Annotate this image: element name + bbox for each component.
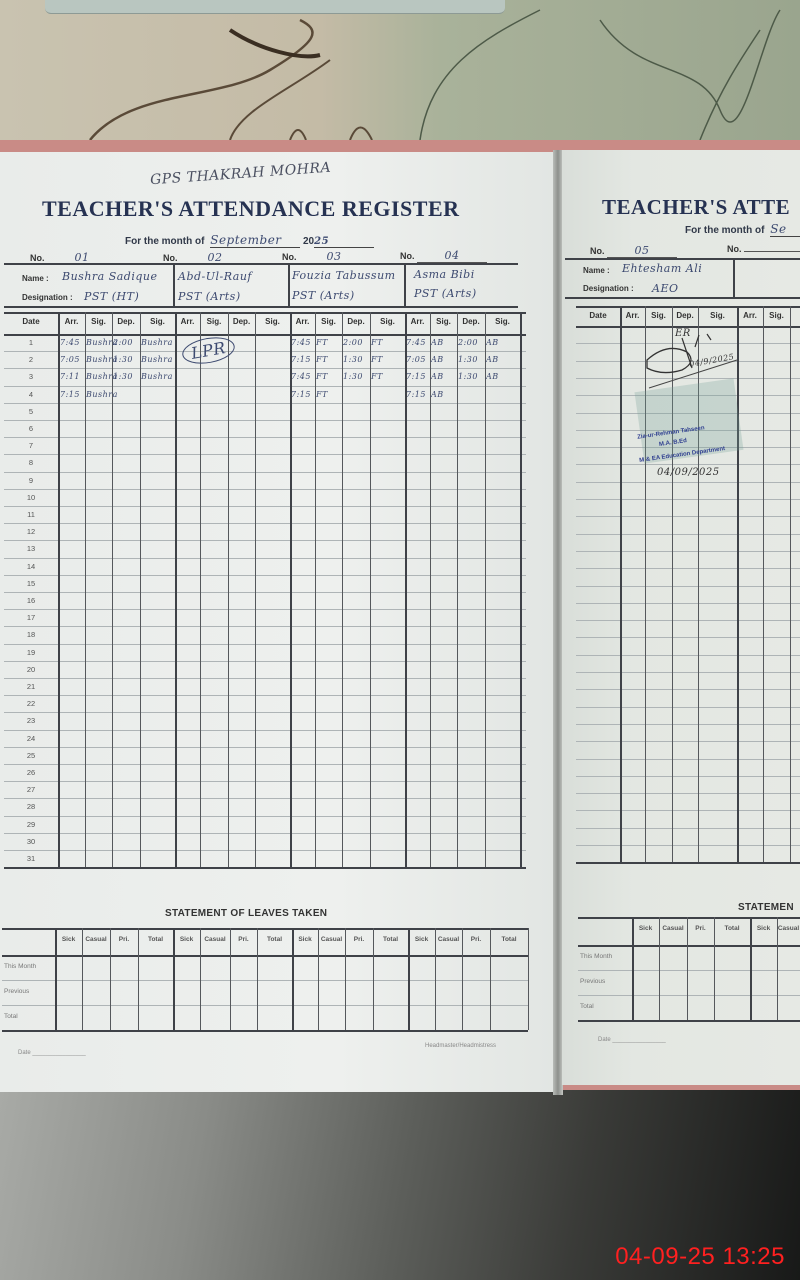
- date-number: 11: [16, 510, 46, 519]
- leaves-column-header: Total: [373, 936, 408, 943]
- leaves-column-rule: [82, 928, 83, 1030]
- teacher-5-name: Ehtesham Ali: [622, 262, 702, 275]
- leaves-column-header: Sick: [750, 925, 777, 932]
- teacher-4-arr-day-2: 7:05: [406, 355, 426, 364]
- date-label-right: Date ________________: [598, 1037, 666, 1043]
- leaves-column-header: Pri.: [230, 936, 257, 943]
- row-rule: [4, 626, 526, 627]
- teacher-3-dep-day-2: 1:30: [343, 355, 363, 364]
- leaves-column-rule: [435, 928, 436, 1030]
- row-rule: [4, 678, 526, 679]
- month-line: For the month of September 2025: [125, 233, 374, 248]
- teacher-3-sig2-day-3: FT: [371, 372, 383, 381]
- teacher-3-name: Fouzia Tabussum: [292, 269, 396, 282]
- column-header: Dep.: [228, 317, 255, 326]
- leaves-column-header: Pri.: [462, 936, 490, 943]
- month-label: For the month of: [125, 236, 204, 247]
- teacher-4-dep-day-1: 2:00: [458, 338, 478, 347]
- teacher-3-arr-day-3: 7:45: [291, 372, 311, 381]
- teacher-3-no: No. 03: [282, 250, 369, 264]
- leaves-row-label: This Month: [580, 953, 612, 960]
- row-rule: [576, 603, 800, 604]
- row-rule: [576, 568, 800, 569]
- column-header: Sig.: [645, 311, 672, 320]
- teacher-3-sig-day-2: FT: [316, 355, 328, 364]
- teacher-divider: [288, 263, 290, 306]
- visit-date-2: 04/09/2025: [657, 467, 720, 478]
- teacher-1-dep-day-2: 1:30: [113, 355, 133, 364]
- teacher-3-sig-day-3: FT: [316, 372, 328, 381]
- date-label: Date ________________: [18, 1050, 86, 1056]
- teacher-3-arr-day-2: 7:15: [291, 355, 311, 364]
- leaves-column-rule: [55, 928, 57, 1030]
- fabric-background: [0, 0, 800, 150]
- leaves-top-rule: [2, 928, 528, 930]
- teacher-1-designation: PST (HT): [84, 290, 139, 303]
- row-rule: [4, 764, 526, 765]
- leaves-column-header: Pri.: [687, 925, 714, 932]
- date-number: 9: [16, 476, 46, 485]
- row-rule: [576, 534, 800, 535]
- date-column-header: Date: [576, 311, 620, 320]
- teacher-4-sig2-day-2: AB: [486, 355, 499, 364]
- column-header: Arr.: [620, 311, 645, 320]
- column-header: Dep.: [672, 311, 698, 320]
- row-rule: [4, 368, 526, 369]
- leaves-row-label: Total: [4, 1013, 18, 1020]
- row-rule: [4, 661, 526, 662]
- date-number: 5: [16, 407, 46, 416]
- date-number: 21: [16, 682, 46, 691]
- column-header: Sig.: [315, 317, 342, 326]
- teacher-1-arr-day-2: 7:05: [60, 355, 80, 364]
- column-rule: [370, 312, 371, 867]
- teacher-1-dep-day-3: 1:30: [113, 372, 133, 381]
- leaves-column-rule: [659, 917, 660, 1020]
- teacher-4-designation: PST (Arts): [414, 287, 477, 300]
- date-number: 7: [16, 441, 46, 450]
- leaves-row-label: Previous: [4, 988, 29, 995]
- date-number: 27: [16, 785, 46, 794]
- column-rule: [620, 306, 622, 862]
- row-rule: [4, 558, 526, 559]
- row-rule: [576, 828, 800, 829]
- date-number: 29: [16, 820, 46, 829]
- column-header: Sig.: [200, 317, 228, 326]
- photo-timestamp: 04-09-25 13:25: [615, 1243, 785, 1271]
- year-value: 25: [314, 236, 374, 248]
- column-rule: [790, 306, 791, 862]
- leaves-row-rule: [2, 980, 528, 981]
- teacher-divider: [173, 263, 175, 306]
- column-header: Dep.: [342, 317, 370, 326]
- leaves-column-header: Casual: [82, 936, 110, 943]
- column-rule: [228, 312, 229, 867]
- year-prefix: 20: [303, 236, 314, 247]
- column-rule: [520, 312, 522, 867]
- leaves-column-header: Sick: [55, 936, 82, 943]
- date-number: 4: [16, 390, 46, 399]
- column-header: Arr.: [405, 317, 430, 326]
- leaves-row-label: Total: [580, 1003, 594, 1010]
- leaves-column-rule: [138, 928, 139, 1030]
- column-rule: [200, 312, 201, 867]
- row-rule: [4, 351, 526, 352]
- leaves-column-header: Total: [257, 936, 292, 943]
- column-header: Arr.: [175, 317, 200, 326]
- row-rule: [4, 540, 526, 541]
- row-rule: [4, 609, 526, 610]
- date-number: 18: [16, 630, 46, 639]
- teacher-4-sig2-day-1: AB: [486, 338, 499, 347]
- row-rule: [576, 689, 800, 690]
- teacher-4-arr-day-3: 7:15: [406, 372, 426, 381]
- teacher-4-sig-day-1: AB: [431, 338, 444, 347]
- row-rule: [4, 850, 526, 851]
- date-number: 16: [16, 596, 46, 605]
- row-rule: [4, 575, 526, 576]
- headmaster-signature-label: Headmaster/Headmistress: [425, 1043, 496, 1049]
- row-rule: [4, 403, 526, 404]
- teacher-2-designation: PST (Arts): [178, 290, 241, 303]
- teacher-3-dep-day-3: 1:30: [343, 372, 363, 381]
- leaves-column-rule: [110, 928, 111, 1030]
- teacher-2-name: Abd-Ul-Rauf: [178, 270, 252, 283]
- name-label: Name :: [22, 274, 49, 283]
- leaves-header-rule: [578, 945, 800, 947]
- grid-header-rule: [4, 334, 526, 336]
- leaves-column-rule: [373, 928, 374, 1030]
- teacher-5-no: No. 05: [590, 244, 677, 258]
- column-header: Dep.: [112, 317, 140, 326]
- column-header: Dep.: [457, 317, 485, 326]
- row-rule: [576, 620, 800, 621]
- leaves-row-label: This Month: [4, 963, 36, 970]
- row-rule: [576, 551, 800, 552]
- row-rule: [4, 454, 526, 455]
- row-rule: [576, 810, 800, 811]
- row-rule: [4, 506, 526, 507]
- teacher-4-sig-day-4: AB: [431, 390, 444, 399]
- date-number: 26: [16, 768, 46, 777]
- teacher-3-arr-day-1: 7:45: [291, 338, 311, 347]
- leaves-column-rule: [257, 928, 258, 1030]
- leaves-column-rule: [750, 917, 752, 1020]
- date-number: 24: [16, 734, 46, 743]
- teacher-4-arr-day-1: 7:45: [406, 338, 426, 347]
- date-number: 12: [16, 527, 46, 536]
- column-rule: [763, 306, 764, 862]
- teacher-1-arr-day-1: 7:45: [60, 338, 80, 347]
- name-label-right: Name :: [583, 266, 610, 275]
- leaves-column-header: Sick: [173, 936, 200, 943]
- date-number: 17: [16, 613, 46, 622]
- column-rule: [485, 312, 486, 867]
- designation-label: Designation :: [22, 293, 73, 302]
- row-rule: [4, 489, 526, 490]
- row-rule: [4, 695, 526, 696]
- teacher-4-sig2-day-3: AB: [486, 372, 499, 381]
- leaves-bottom-rule: [578, 1020, 800, 1022]
- row-rule: [576, 586, 800, 587]
- row-rule: [4, 712, 526, 713]
- leaves-column-rule: [408, 928, 410, 1030]
- column-rule: [175, 312, 177, 867]
- column-rule: [140, 312, 141, 867]
- column-header: Sig.: [430, 317, 457, 326]
- teacher-1-name: Bushra Sadique: [62, 270, 158, 283]
- teacher-1-arr-day-4: 7:15: [60, 390, 80, 399]
- row-rule: [4, 730, 526, 731]
- leaves-column-rule: [714, 917, 715, 1020]
- teacher-3-sig-day-4: FT: [316, 390, 328, 399]
- teacher-4-dep-day-2: 1:30: [458, 355, 478, 364]
- row-rule: [576, 724, 800, 725]
- date-number: 8: [16, 458, 46, 467]
- header-rule: [565, 258, 800, 260]
- grid-top-rule: [576, 306, 800, 308]
- teacher-3-sig2-day-2: FT: [371, 355, 383, 364]
- leaves-title: STATEMENT OF LEAVES TAKEN: [165, 908, 327, 919]
- date-number: 23: [16, 716, 46, 725]
- row-rule: [4, 592, 526, 593]
- date-number: 25: [16, 751, 46, 760]
- leaves-header-rule: [2, 955, 528, 957]
- teacher-divider: [404, 263, 406, 306]
- grid-top-rule: [4, 312, 526, 314]
- initials: ER: [675, 328, 691, 339]
- leaves-column-header: Total: [714, 925, 750, 932]
- leaves-column-rule: [687, 917, 688, 1020]
- teacher-3-sig-day-1: FT: [316, 338, 328, 347]
- leaves-column-header: Casual: [318, 936, 345, 943]
- row-rule: [4, 437, 526, 438]
- row-rule: [576, 707, 800, 708]
- row-rule: [4, 747, 526, 748]
- row-rule: [576, 776, 800, 777]
- leaves-column-rule: [292, 928, 294, 1030]
- column-header: Sig.: [698, 311, 737, 320]
- date-column-header: Date: [4, 317, 58, 326]
- column-header: Sig.: [255, 317, 290, 326]
- leaves-row-rule: [578, 995, 800, 996]
- row-rule: [576, 741, 800, 742]
- row-rule: [576, 845, 800, 846]
- teacher-3-dep-day-1: 2:00: [343, 338, 363, 347]
- leaves-column-header: Pri.: [345, 936, 373, 943]
- date-number: 2: [16, 355, 46, 364]
- row-rule: [576, 499, 800, 500]
- register-title-right: TEACHER'S ATTE: [602, 195, 790, 220]
- row-rule: [4, 816, 526, 817]
- inspection-stamp: ER 04/9/2025 Zia-ur-Rehman Tahseen M.A. …: [637, 330, 747, 490]
- leaves-column-rule: [528, 928, 529, 1030]
- leaves-column-header: Sick: [292, 936, 318, 943]
- row-rule: [576, 672, 800, 673]
- date-number: 3: [16, 372, 46, 381]
- teacher-4-name: Asma Bibi: [414, 268, 475, 281]
- leaves-column-header: Total: [490, 936, 528, 943]
- leaves-row-rule: [2, 1005, 528, 1006]
- date-number: 28: [16, 802, 46, 811]
- teacher-3-sig2-day-1: FT: [371, 338, 383, 347]
- leaves-bottom-rule: [2, 1030, 528, 1032]
- date-number: 31: [16, 854, 46, 863]
- fabric-pattern: [0, 0, 800, 150]
- date-number: 13: [16, 544, 46, 553]
- date-number: 6: [16, 424, 46, 433]
- leaves-column-rule: [345, 928, 346, 1030]
- row-rule: [576, 655, 800, 656]
- column-header: Sig.: [85, 317, 112, 326]
- row-rule: [576, 637, 800, 638]
- column-header: Sig.: [370, 317, 405, 326]
- leaves-column-header: Casual: [777, 925, 800, 932]
- leaves-column-header: Casual: [435, 936, 462, 943]
- column-header: Arr.: [58, 317, 85, 326]
- header-rule: [4, 263, 518, 265]
- teacher-1-arr-day-3: 7:11: [60, 372, 80, 381]
- header-rule: [565, 297, 800, 299]
- row-rule: [4, 420, 526, 421]
- leaves-column-header: Casual: [659, 925, 687, 932]
- register-title: TEACHER'S ATTENDANCE REGISTER: [42, 196, 460, 222]
- teacher-1-sig2-day-3: Bushra: [141, 372, 173, 381]
- teacher-1-dep-day-1: 2:00: [113, 338, 133, 347]
- leaves-column-rule: [632, 917, 634, 1020]
- leaves-column-rule: [318, 928, 319, 1030]
- month-value: September: [210, 233, 300, 248]
- leaves-column-header: Total: [138, 936, 173, 943]
- column-header: Arr.: [290, 317, 315, 326]
- date-number: 15: [16, 579, 46, 588]
- column-rule: [342, 312, 343, 867]
- leaves-row-label: Previous: [580, 978, 605, 985]
- teacher-5-designation: AEO: [652, 282, 679, 295]
- date-number: 22: [16, 699, 46, 708]
- row-rule: [576, 793, 800, 794]
- teacher-1-sig2-day-2: Bushra: [141, 355, 173, 364]
- date-number: 14: [16, 562, 46, 571]
- teacher-4-sig-day-3: AB: [431, 372, 444, 381]
- row-rule: [576, 759, 800, 760]
- designation-label-right: Designation :: [583, 284, 634, 293]
- teacher-4-no: No. 04: [400, 249, 487, 263]
- teacher-3-arr-day-4: 7:15: [291, 390, 311, 399]
- teacher-divider: [733, 258, 735, 297]
- teacher-3-designation: PST (Arts): [292, 289, 355, 302]
- teacher-4-sig-day-2: AB: [431, 355, 444, 364]
- row-rule: [4, 781, 526, 782]
- date-number: 19: [16, 648, 46, 657]
- date-number: 20: [16, 665, 46, 674]
- date-number: 10: [16, 493, 46, 502]
- row-rule: [4, 386, 526, 387]
- row-rule: [4, 523, 526, 524]
- leaves-column-rule: [777, 917, 778, 1020]
- row-rule: [4, 472, 526, 473]
- date-number: 30: [16, 837, 46, 846]
- row-rule: [576, 516, 800, 517]
- row-rule: [4, 644, 526, 645]
- leaves-column-rule: [462, 928, 463, 1030]
- leaves-column-header: Sick: [632, 925, 659, 932]
- column-header: Sig.: [140, 317, 175, 326]
- leaves-column-header: Sick: [408, 936, 435, 943]
- leaves-column-rule: [230, 928, 231, 1030]
- leaves-column-rule: [173, 928, 175, 1030]
- column-rule: [457, 312, 458, 867]
- month-line-right: For the month of Se: [685, 222, 800, 237]
- teacher-1-sig-day-4: Bushra: [86, 390, 118, 399]
- leaves-row-rule: [578, 970, 800, 971]
- leaves-column-rule: [200, 928, 201, 1030]
- grid-bottom-rule: [4, 867, 526, 869]
- leaves-column-rule: [490, 928, 491, 1030]
- column-header: Sig.: [485, 317, 520, 326]
- leaves-column-header: Pri.: [110, 936, 138, 943]
- teacher-4-dep-day-3: 1:30: [458, 372, 478, 381]
- teacher-1-sig2-day-1: Bushra: [141, 338, 173, 347]
- row-rule: [4, 798, 526, 799]
- teacher-6-no: No.: [727, 244, 800, 254]
- leaves-top-rule: [578, 917, 800, 919]
- date-number: 1: [16, 338, 46, 347]
- column-rule: [255, 312, 256, 867]
- row-rule: [4, 833, 526, 834]
- header-rule: [4, 306, 518, 308]
- column-header: Sig.: [763, 311, 790, 320]
- leaves-title-right: STATEMEN: [738, 902, 794, 913]
- leaves-column-header: Casual: [200, 936, 230, 943]
- grid-bottom-rule: [576, 862, 800, 864]
- teacher-4-arr-day-4: 7:15: [406, 390, 426, 399]
- column-header: Arr.: [737, 311, 763, 320]
